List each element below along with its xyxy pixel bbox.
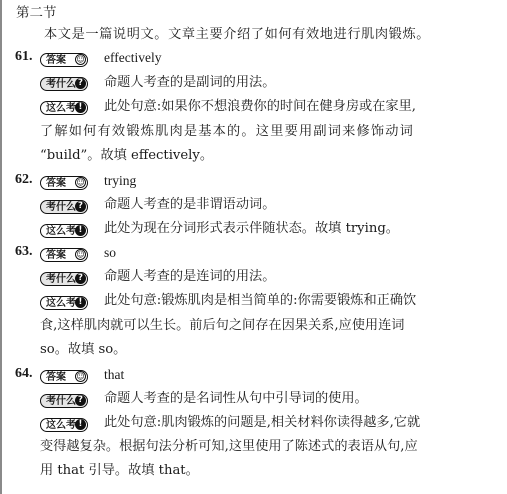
badge-label: 这么考 — [46, 298, 76, 309]
answer-text: effectively — [104, 47, 161, 69]
exclamation-icon: ! — [75, 297, 86, 308]
answer-badge: 答案 ☺ — [40, 248, 88, 262]
how-badge: 这么考 ! — [40, 296, 88, 310]
badge-label: 这么考 — [46, 103, 76, 114]
answer-text: so — [104, 242, 116, 264]
question-number: 61. — [15, 49, 33, 65]
what-badge: 考什么 ? — [40, 272, 88, 286]
smiley-face-icon: ☺ — [75, 54, 86, 65]
exclamation-icon: ! — [75, 419, 86, 430]
badge-label: 考什么 — [46, 396, 76, 407]
section-title: 第二节 — [16, 2, 57, 24]
smiley-face-icon: ☺ — [75, 371, 86, 382]
badge-label: 答案 — [46, 250, 66, 261]
how-text-line: 此处句意:肌肉锻炼的问题是,相关材料你读得越多,它就 — [104, 412, 420, 434]
how-badge: 这么考 ! — [40, 224, 88, 238]
how-text-line: 此处句意:如果你不想浪费你的时间在健身房或在家里, — [104, 96, 416, 118]
how-text-line: “build”。故填 effectively。 — [40, 145, 213, 167]
how-text-line: so。故填 so。 — [40, 339, 126, 361]
how-text-line: 此处句意:锻炼肌肉是相当简单的:你需要锻炼和正确饮 — [104, 290, 416, 312]
badge-label: 答案 — [46, 372, 66, 383]
how-text-line: 用 that 引导。故填 that。 — [40, 460, 199, 482]
smiley-face-icon: ☺ — [75, 249, 86, 260]
question-mark-icon: ? — [75, 78, 86, 89]
answer-badge: 答案 ☺ — [40, 53, 88, 67]
how-text-line: 此处为现在分词形式表示伴随状态。故填 trying。 — [104, 218, 399, 240]
question-mark-icon: ? — [75, 273, 86, 284]
answer-text: that — [104, 364, 124, 386]
question-number: 63. — [15, 244, 33, 260]
what-text: 命题人考查的是名词性从句中引导词的使用。 — [104, 388, 368, 410]
question-number: 62. — [15, 172, 33, 188]
badge-label: 考什么 — [46, 274, 76, 285]
passage-intro: 本文是一篇说明文。文章主要介绍了如何有效地进行肌肉锻炼。 — [44, 24, 430, 46]
what-badge: 考什么 ? — [40, 77, 88, 91]
what-badge: 考什么 ? — [40, 200, 88, 214]
answer-explanation-page: 第二节 本文是一篇说明文。文章主要介绍了如何有效地进行肌肉锻炼。 61. 答案 … — [0, 0, 507, 494]
badge-label: 考什么 — [46, 202, 76, 213]
question-number: 64. — [15, 366, 33, 382]
how-badge: 这么考 ! — [40, 101, 88, 115]
badge-label: 考什么 — [46, 79, 76, 90]
answer-badge: 答案 ☺ — [40, 370, 88, 384]
how-badge: 这么考 ! — [40, 418, 88, 432]
question-mark-icon: ? — [75, 395, 86, 406]
how-text-line: 食,这样肌肉就可以生长。前后句之间存在因果关系,应使用连词 — [40, 315, 404, 337]
question-mark-icon: ? — [75, 201, 86, 212]
how-text-line: 了解如何有效锻炼肌肉是基本的。这里要用副词来修饰动词 — [40, 121, 414, 143]
what-text: 命题人考查的是非谓语动词。 — [104, 194, 275, 216]
exclamation-icon: ! — [75, 102, 86, 113]
what-text: 命题人考查的是副词的用法。 — [104, 72, 275, 94]
smiley-face-icon: ☺ — [75, 177, 86, 188]
how-text-line: 变得越复杂。根据句法分析可知,这里使用了陈述式的表语从句,应 — [40, 436, 418, 458]
badge-label: 答案 — [46, 55, 66, 66]
badge-label: 这么考 — [46, 226, 76, 237]
what-text: 命题人考查的是连词的用法。 — [104, 266, 275, 288]
answer-text: trying — [104, 170, 136, 192]
badge-label: 答案 — [46, 178, 66, 189]
badge-label: 这么考 — [46, 420, 76, 431]
exclamation-icon: ! — [75, 225, 86, 236]
what-badge: 考什么 ? — [40, 394, 88, 408]
answer-badge: 答案 ☺ — [40, 176, 88, 190]
